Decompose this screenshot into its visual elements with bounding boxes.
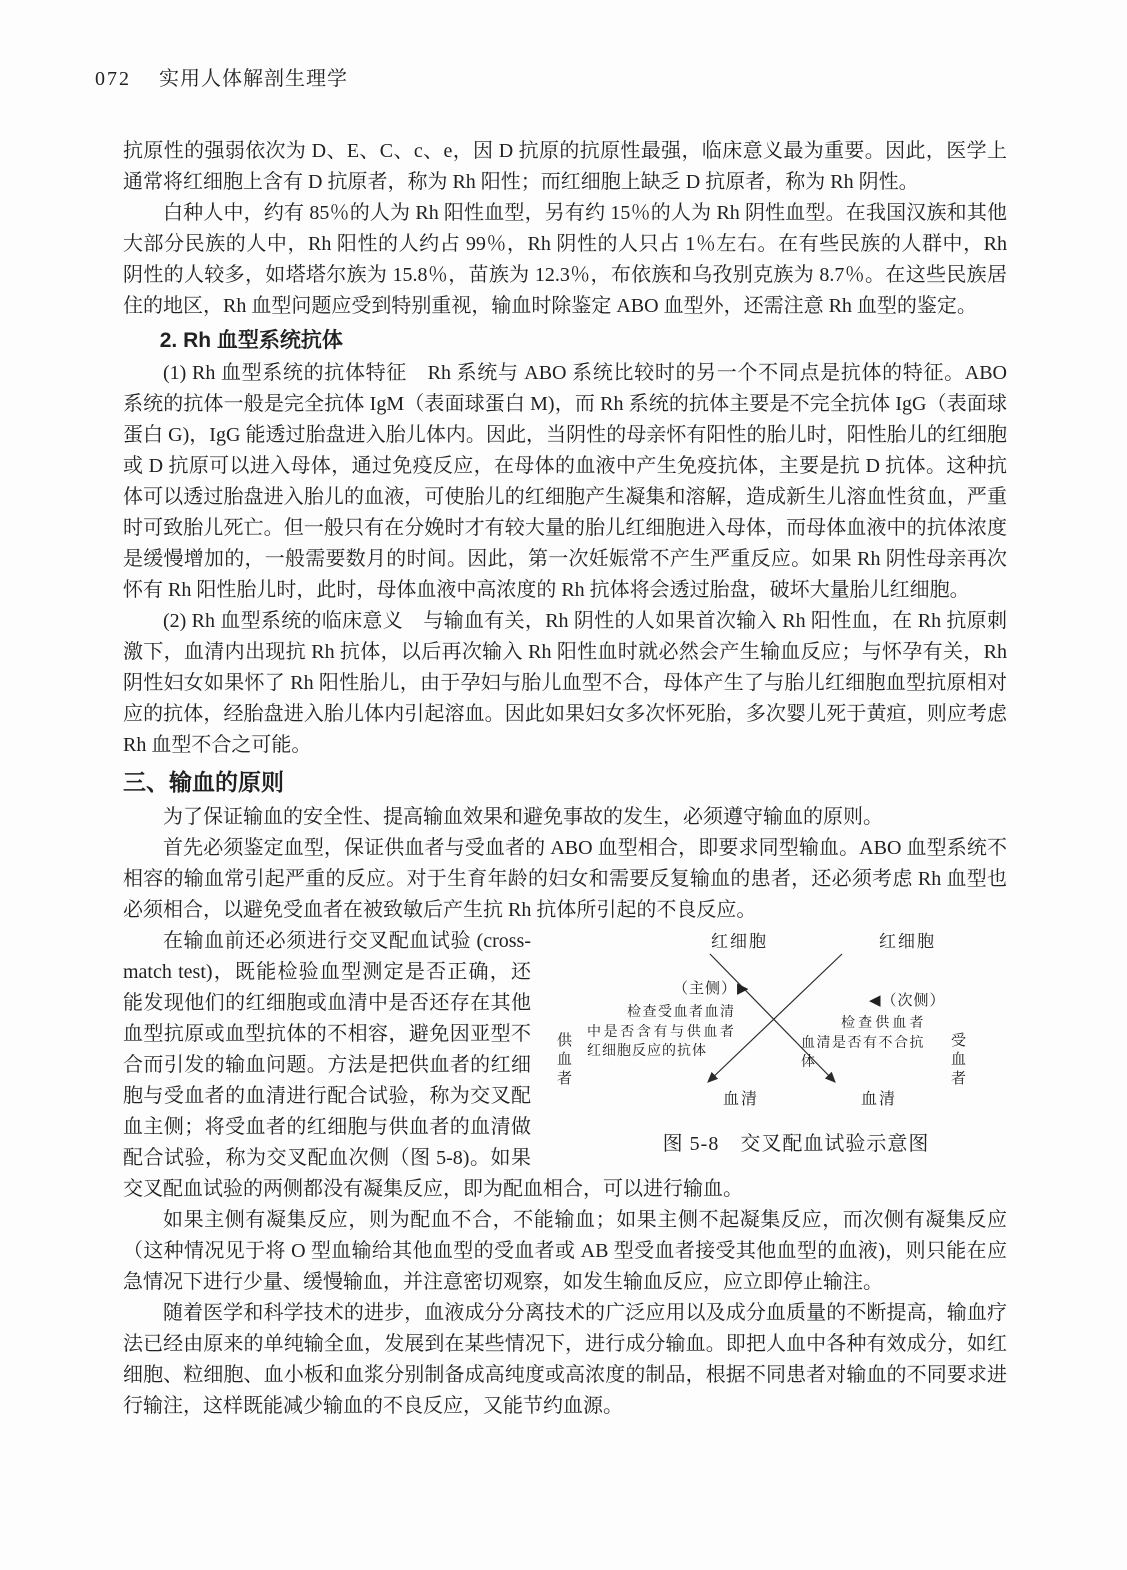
- main-side-title: （主侧）▶: [633, 980, 750, 998]
- figure-5-8: 供血者 受血者 红细胞 红细胞 （主侧）▶ 检查受血者血清中是否含有与供血者红细…: [545, 930, 1007, 1157]
- book-page: 072 实用人体解剖生理学 抗原性的强弱依次为 D、E、C、c、e，因 D 抗原…: [0, 0, 1127, 1570]
- recipient-red-cells-label: 红细胞: [839, 932, 936, 952]
- donor-red-cells-label: 红细胞: [671, 932, 768, 952]
- page-body: 抗原性的强弱依次为 D、E、C、c、e，因 D 抗原的抗原性最强，临床意义最为重…: [123, 136, 1007, 1422]
- paragraph-rh-distribution: 白种人中，约有 85％的人为 Rh 阳性血型，另有约 15％的人为 Rh 阴性血…: [123, 198, 1007, 322]
- paragraph-crossmatch-wrapper: 供血者 受血者 红细胞 红细胞 （主侧）▶ 检查受血者血清中是否含有与供血者红细…: [123, 926, 1007, 1205]
- paragraph-agglutination-rules: 如果主侧有凝集反应，则为配血不合，不能输血；如果主侧不起凝集反应，而次侧有凝集反…: [123, 1205, 1007, 1298]
- figure-caption: 图 5-8 交叉配血试验示意图: [545, 1131, 1007, 1157]
- paragraph-component-transfusion: 随着医学和科学技术的进步，血液成分分离技术的广泛应用以及成分血质量的不断提高，输…: [123, 1298, 1007, 1422]
- paragraph-blood-typing: 首先必须鉴定血型，保证供血者与受血者的 ABO 血型相合，即要求同型输血。ABO…: [123, 833, 1007, 926]
- donor-label: 供血者: [555, 992, 570, 1089]
- paragraph-principle-intro: 为了保证输血的安全性、提高输血效果和避免事故的发生，必须遵守输血的原则。: [123, 802, 1007, 833]
- recipient-label: 受血者: [949, 992, 964, 1089]
- main-side-description: 检查受血者血清中是否含有与供血者红细胞反应的抗体: [587, 1003, 735, 1062]
- book-title: 实用人体解剖生理学: [159, 62, 348, 91]
- paragraph-antibody-feature: (1) Rh 血型系统的抗体特征 Rh 系统与 ABO 系统比较时的另一个不同点…: [123, 358, 1007, 606]
- crossmatch-diagram: 供血者 受血者 红细胞 红细胞 （主侧）▶ 检查受血者血清中是否含有与供血者红细…: [545, 930, 1007, 1122]
- page-number: 072: [95, 68, 131, 91]
- paragraph-clinical-significance: (2) Rh 血型系统的临床意义 与输血有关，Rh 阴性的人如果首次输入 Rh …: [123, 606, 1007, 761]
- recipient-serum-label: 血清: [821, 1090, 897, 1109]
- heading-rh-antibody-system: 2. Rh 血型系统抗体: [123, 324, 1007, 357]
- minor-side-title: ◀（次侧）: [829, 992, 946, 1010]
- running-head: 072 实用人体解剖生理学: [95, 62, 348, 91]
- minor-side-description: 检查供血者血清是否有不合抗体: [801, 1014, 925, 1073]
- donor-serum-label: 血清: [683, 1090, 759, 1109]
- heading-transfusion-principles: 三、输血的原则: [123, 764, 1007, 801]
- paragraph-rh-antigen-continuation: 抗原性的强弱依次为 D、E、C、c、e，因 D 抗原的抗原性最强，临床意义最为重…: [123, 136, 1007, 198]
